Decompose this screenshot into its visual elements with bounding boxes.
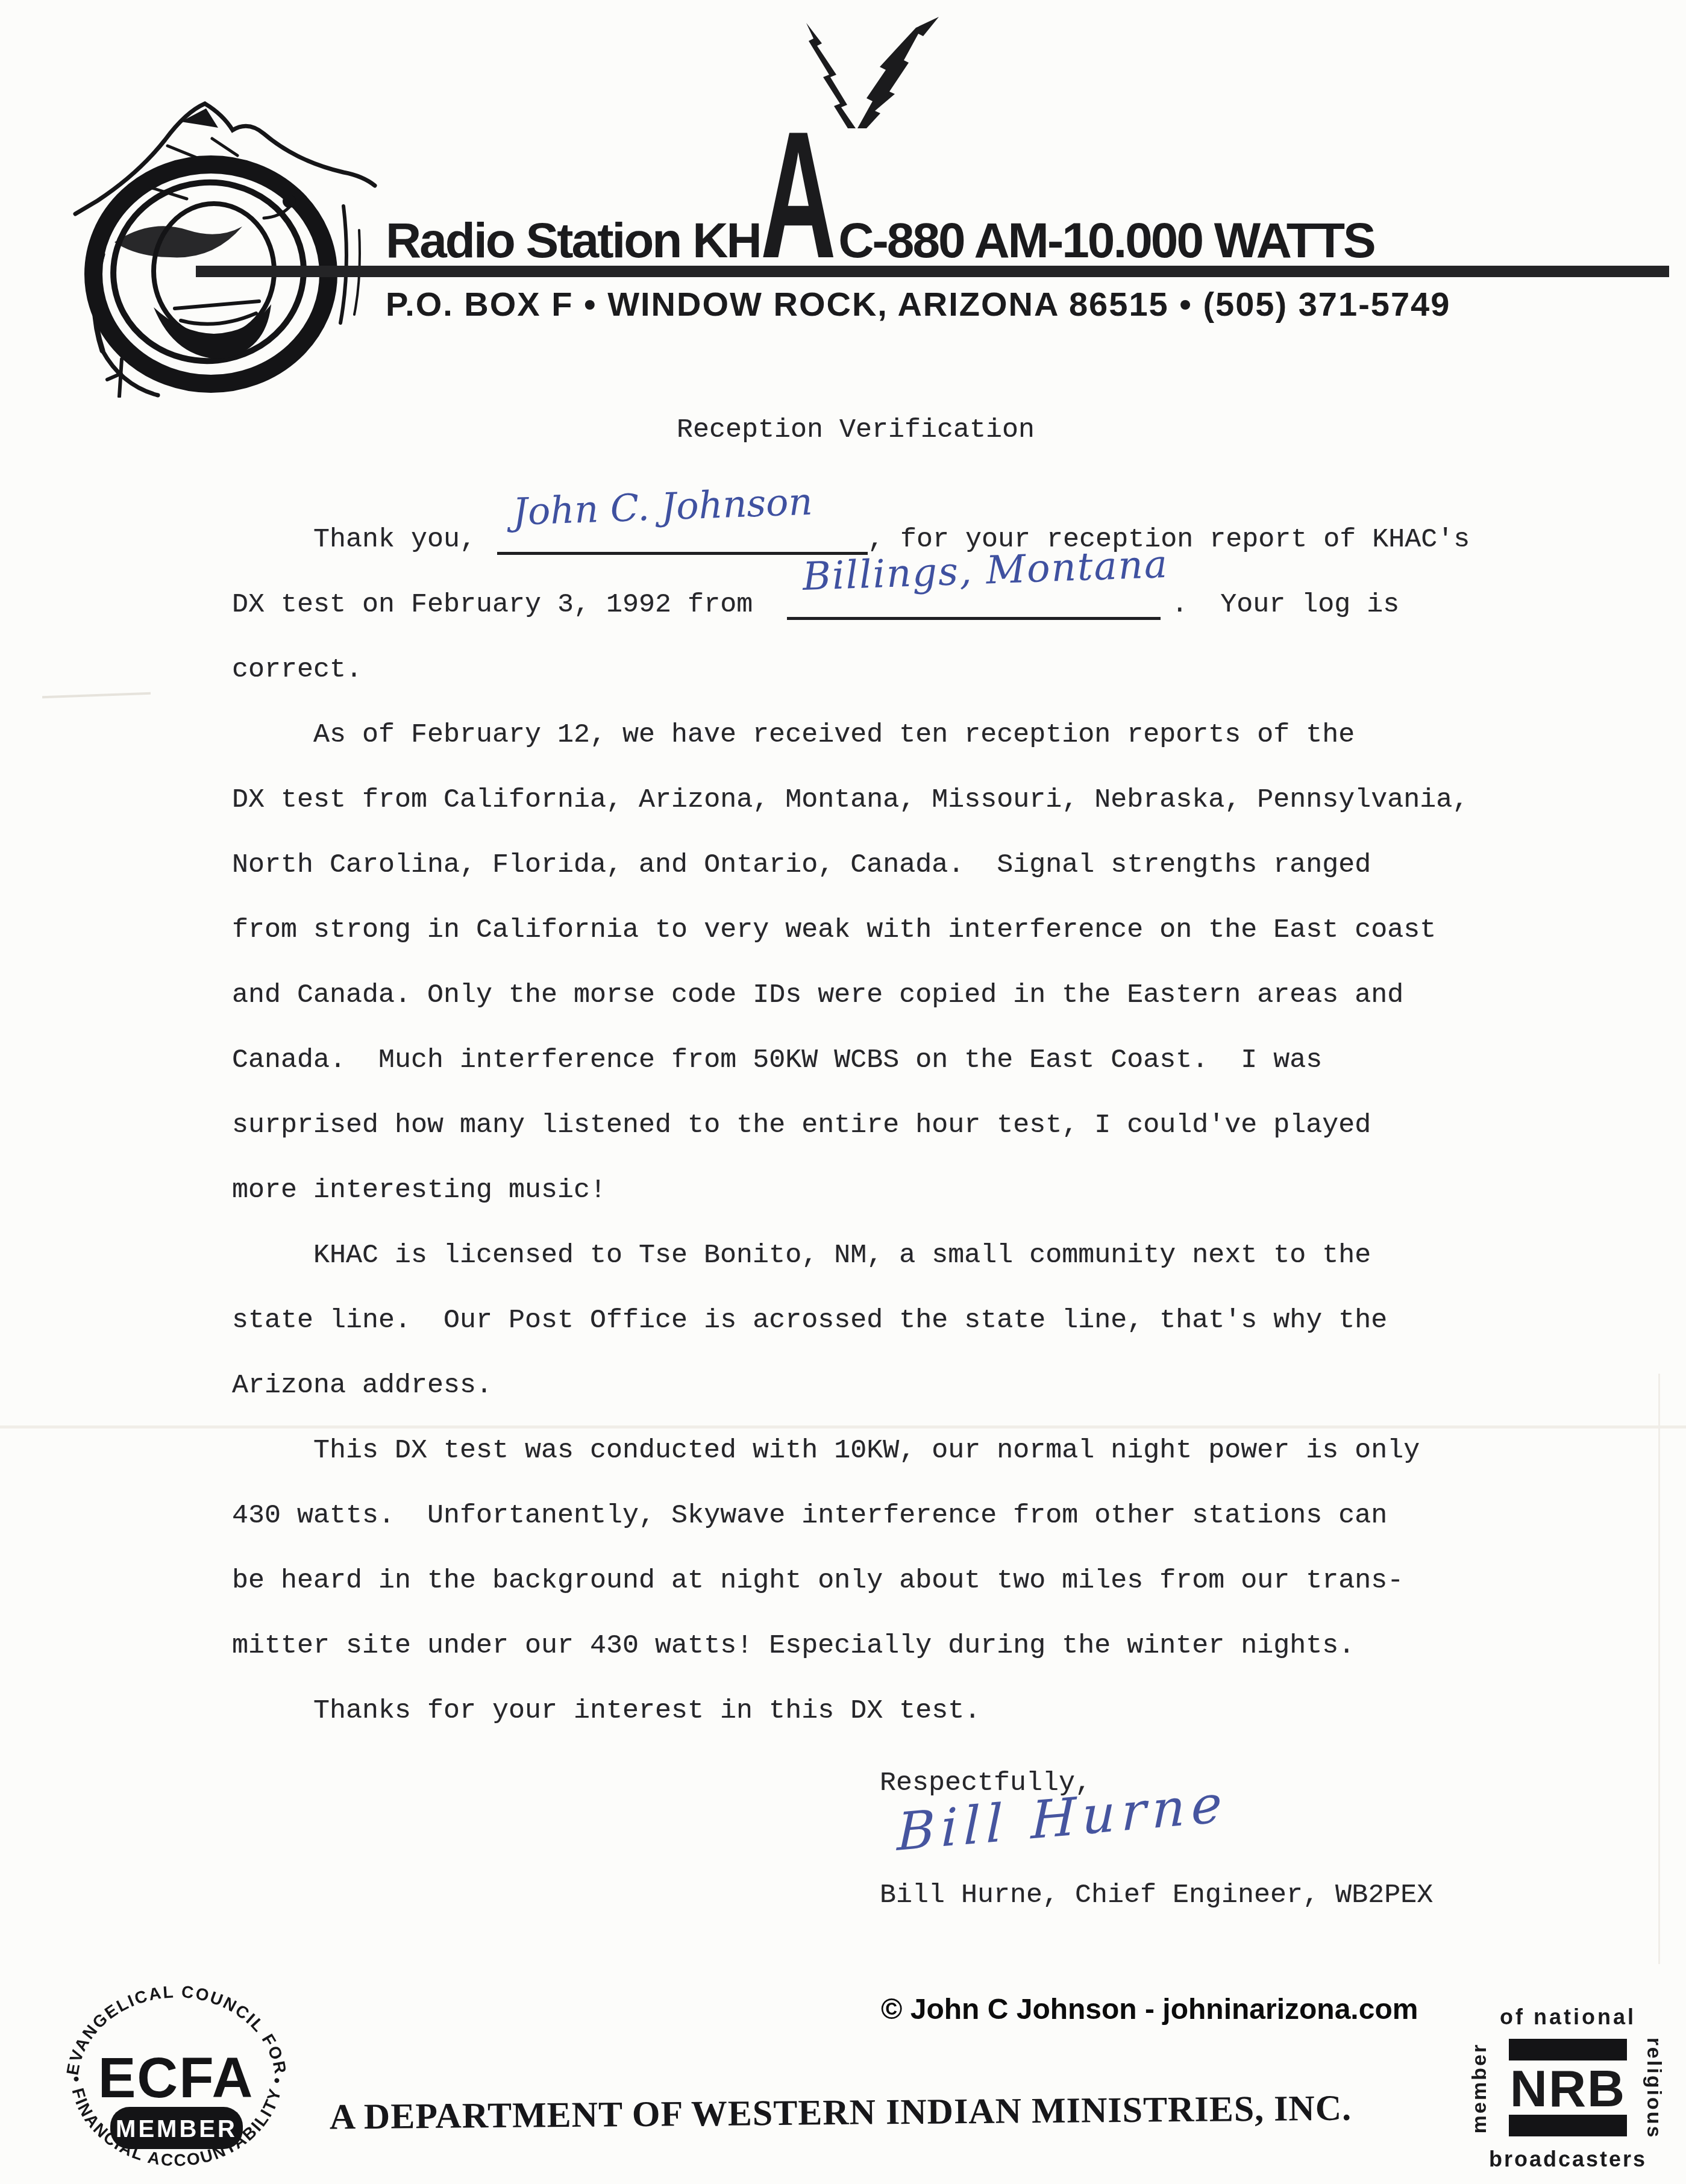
nrb-acronym: NRB xyxy=(1510,2060,1626,2118)
fold-crease xyxy=(1658,1374,1660,1964)
typed-line: As of February 12, we have received ten … xyxy=(232,702,1558,768)
typed-line: mitter site under our 430 watts! Especia… xyxy=(232,1613,1558,1679)
watermark-copyright: © John C Johnson - johninarizona.com xyxy=(881,1993,1418,2026)
station-brand-line: Radio Station KHAC-880 AM-10.000 WATTS xyxy=(386,90,1374,271)
typed-line: KHAC is licensed to Tse Bonito, NM, a sm… xyxy=(232,1223,1558,1288)
nrb-word-right: religious xyxy=(1643,2038,1666,2139)
typed-line: surprised how many listened to the entir… xyxy=(232,1093,1558,1158)
brand-prefix: Radio Station KH xyxy=(386,213,760,268)
department-line: A DEPARTMENT OF WESTERN INDIAN MINISTRIE… xyxy=(283,2087,1399,2138)
letterhead-rule xyxy=(196,266,1669,277)
ecfa-member-badge: EVANGELICAL COUNCIL FOR • FINANCIAL ACCO… xyxy=(57,1979,295,2175)
typed-line: DX test from California, Arizona, Montan… xyxy=(232,768,1558,833)
typed-line: This DX test was conducted with 10KW, ou… xyxy=(232,1418,1558,1483)
signature-typed-block: Bill Hurne, Chief Engineer, WB2PEX xyxy=(880,1863,1433,1928)
letter-body: Thank you, John C. Johnson, for your rec… xyxy=(232,507,1558,1744)
nrb-word-left: member xyxy=(1468,2043,1491,2133)
typed-line: Canada. Much interference from 50KW WCBS… xyxy=(232,1028,1558,1093)
typed-line: Thanks for your interest in this DX test… xyxy=(232,1679,1558,1744)
nrb-member-badge: of national member religious NRB broadca… xyxy=(1465,1999,1667,2174)
typed-line-dx-date: DX test on February 3, 1992 from Billing… xyxy=(232,572,1558,637)
handwritten-location: Billings, Montana xyxy=(801,532,1170,610)
salutation-before: Thank you, xyxy=(313,524,492,555)
handwritten-recipient-name: John C. Johnson xyxy=(512,469,813,545)
handwritten-location-underline: Billings, Montana xyxy=(787,616,1161,620)
typed-line: be heard in the background at night only… xyxy=(232,1548,1558,1613)
typed-line: from strong in California to very weak w… xyxy=(232,898,1558,963)
ecfa-acronym: ECFA xyxy=(98,2046,254,2109)
typed-line: North Carolina, Florida, and Ontario, Ca… xyxy=(232,833,1558,898)
nrb-word-top: of national xyxy=(1500,2004,1636,2029)
brand-suffix: C-880 AM-10.000 WATTS xyxy=(838,213,1374,268)
typed-line: state line. Our Post Office is acrossed … xyxy=(232,1288,1558,1353)
nrb-word-bottom: broadcasters xyxy=(1489,2147,1647,2171)
dx-line-after: . Your log is xyxy=(1171,589,1399,620)
nrb-top-bar xyxy=(1509,2039,1627,2060)
signature-typed-line: Bill Hurne, Chief Engineer, WB2PEX xyxy=(880,1863,1433,1928)
typed-line: Arizona address. xyxy=(232,1353,1558,1418)
typed-line: 430 watts. Unfortanently, Skywave interf… xyxy=(232,1483,1558,1548)
letter-title: Reception Verification xyxy=(232,415,1479,445)
fold-crease xyxy=(42,692,151,698)
ecfa-member-label: MEMBER xyxy=(116,2116,237,2142)
dx-line-before: DX test on February 3, 1992 from xyxy=(232,589,769,620)
window-rock-sketch xyxy=(30,48,380,398)
typed-line: more interesting music! xyxy=(232,1158,1558,1223)
station-address-line: P.O. BOX F • WINDOW ROCK, ARIZONA 86515 … xyxy=(386,284,1450,324)
typed-line: correct. xyxy=(232,637,1558,702)
typed-line: and Canada. Only the morse code IDs were… xyxy=(232,963,1558,1028)
scanned-letter-page: Radio Station KHAC-880 AM-10.000 WATTS P… xyxy=(0,0,1686,2184)
nrb-bottom-bar xyxy=(1509,2115,1627,2136)
